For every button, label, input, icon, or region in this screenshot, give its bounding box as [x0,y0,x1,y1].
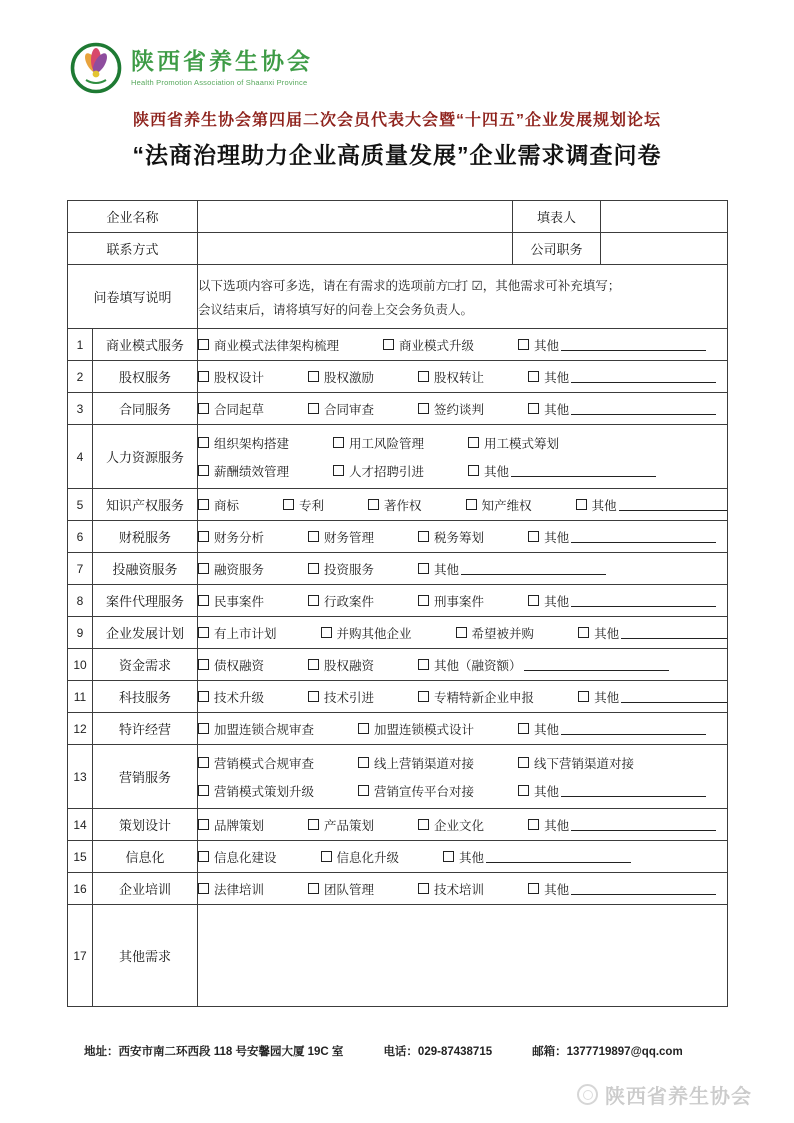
option-label: 信息化建设 [214,848,277,866]
option-label: 财务分析 [214,528,264,546]
option-label: 其他 [544,400,569,418]
option-label: 加盟连锁合规审查 [214,720,314,738]
options-cell[interactable] [198,905,728,1007]
option-label: 专精特新企业申报 [434,688,534,706]
association-logo-icon [70,42,122,94]
category-label: 特许经营 [93,713,198,745]
option: 股权激励 [308,368,374,386]
option-label: 薪酬绩效管理 [214,462,289,480]
field-label: 联系方式 [68,233,198,265]
option-label: 其他 [484,462,509,480]
checkbox-icon[interactable] [321,627,332,638]
checkbox-icon[interactable] [308,883,319,894]
option: 并购其他企业 [321,624,412,642]
option-label: 技术培训 [434,880,484,898]
checkbox-icon[interactable] [578,627,589,638]
fill-blank[interactable] [571,594,716,607]
row-number: 13 [68,745,93,809]
option: 知产维权 [466,496,532,514]
option: 商业模式法律架构梳理 [198,336,339,354]
option-label: 其他 [544,592,569,610]
option-label: 签约谈判 [434,400,484,418]
input-cell[interactable] [601,233,728,265]
option: 财务管理 [308,528,374,546]
checkbox-icon[interactable] [283,499,294,510]
row-number: 7 [68,553,93,585]
option: 刑事案件 [418,592,484,610]
survey-row: 7投融资服务融资服务投资服务其他 [68,553,728,585]
option: 企业文化 [418,816,484,834]
info-section: 企业名称填表人联系方式公司职务 [68,201,728,265]
options-line: 品牌策划产品策划企业文化其他 [198,811,727,839]
row-number: 9 [68,617,93,649]
option-label: 商业模式升级 [399,336,474,354]
fill-blank[interactable] [561,338,706,351]
input-cell[interactable] [601,201,728,233]
options-line: 技术升级技术引进专精特新企业申报其他 [198,683,727,711]
checkbox-icon[interactable] [308,531,319,542]
checkbox-icon[interactable] [308,595,319,606]
option-label: 合同起草 [214,400,264,418]
option: 营销宣传平台对接 [358,782,474,800]
checkbox-icon[interactable] [308,371,319,382]
instructions-cell: 以下选项内容可多选，请在有需求的选项前方□打 ☑，其他需求可补充填写； 会议结束… [198,265,728,329]
option-label: 其他 [434,560,459,578]
footer-contact: 地址：西安市南二环西段 118 号安馨园大厦 19C 室 电话：029-8743… [84,1043,683,1059]
option-label: 营销模式合规审查 [214,754,314,772]
checkbox-icon[interactable] [358,723,369,734]
option: 商标 [198,496,239,514]
category-label: 策划设计 [93,809,198,841]
option: 其他 [528,368,727,386]
option: 著作权 [368,496,422,514]
option-label: 其他 [534,720,559,738]
option: 投资服务 [308,560,374,578]
checkbox-icon[interactable] [518,785,529,796]
option-label: 线上营销渠道对接 [374,754,474,772]
survey-row: 1商业模式服务商业模式法律架构梳理商业模式升级其他 [68,329,728,361]
fill-blank[interactable] [571,402,716,415]
option: 其他 [518,720,727,738]
option-label: 专利 [299,496,324,514]
option: 用工模式筹划 [468,434,559,452]
row-number: 17 [68,905,93,1007]
checkbox-icon[interactable] [198,437,209,448]
checkbox-icon[interactable] [198,723,209,734]
checkbox-icon[interactable] [418,403,429,414]
checkbox-icon[interactable] [418,659,429,670]
checkbox-icon[interactable] [383,339,394,350]
row-number: 15 [68,841,93,873]
checkbox-icon[interactable] [518,339,529,350]
options-line: 债权融资股权融资其他（融资额） [198,651,727,679]
option-label: 人才招聘引进 [349,462,424,480]
checkbox-icon[interactable] [518,723,529,734]
fill-blank[interactable] [561,722,706,735]
option: 其他 [528,816,727,834]
option: 有上市计划 [198,624,277,642]
checkbox-icon[interactable] [198,691,209,702]
checkbox-icon[interactable] [418,883,429,894]
checkbox-icon[interactable] [528,595,539,606]
options-line: 融资服务投资服务其他 [198,555,727,583]
row-number: 11 [68,681,93,713]
checkbox-icon[interactable] [198,403,209,414]
option: 专利 [283,496,324,514]
checkbox-icon[interactable] [368,499,379,510]
survey-row: 15信息化信息化建设信息化升级其他 [68,841,728,873]
checkbox-icon[interactable] [468,437,479,448]
checkbox-icon[interactable] [456,627,467,638]
checkbox-icon[interactable] [518,757,529,768]
option: 信息化建设 [198,848,277,866]
option-label: 企业文化 [434,816,484,834]
survey-row: 9企业发展计划有上市计划并购其他企业希望被并购其他 [68,617,728,649]
checkbox-icon[interactable] [578,691,589,702]
checkbox-icon[interactable] [443,851,454,862]
option: 技术培训 [418,880,484,898]
option: 其他 [528,528,727,546]
option-label: 线下营销渠道对接 [534,754,634,772]
watermark: 陕西省养生协会 [577,1080,752,1109]
option: 线下营销渠道对接 [518,754,634,772]
option: 合同起草 [198,400,264,418]
options-line: 商标专利著作权知产维权其他 [198,491,727,519]
field-label: 企业名称 [68,201,198,233]
option: 债权融资 [198,656,264,674]
checkbox-icon[interactable] [198,819,209,830]
survey-row: 16企业培训法律培训团队管理技术培训其他 [68,873,728,905]
fill-blank[interactable] [561,784,706,797]
checkbox-icon[interactable] [198,757,209,768]
options-line: 法律培训团队管理技术培训其他 [198,875,727,903]
options-cell: 融资服务投资服务其他 [198,553,728,585]
category-label: 科技服务 [93,681,198,713]
options-line: 加盟连锁合规审查加盟连锁模式设计其他 [198,715,727,743]
options-line: 商业模式法律架构梳理商业模式升级其他 [198,331,727,359]
option-label: 有上市计划 [214,624,277,642]
option: 合同审查 [308,400,374,418]
option-label: 财务管理 [324,528,374,546]
category-label: 资金需求 [93,649,198,681]
category-label: 商业模式服务 [93,329,198,361]
option: 其他 [578,624,727,642]
event-title: 陕西省养生协会第四届二次会员代表大会暨“十四五”企业发展规划论坛 [0,107,794,130]
survey-row: 13营销服务营销模式合规审查线上营销渠道对接线下营销渠道对接营销模式策划升级营销… [68,745,728,809]
option: 其他 [418,560,727,578]
option-label: 融资服务 [214,560,264,578]
fill-blank[interactable] [621,690,727,703]
checkbox-icon[interactable] [418,531,429,542]
checkbox-icon[interactable] [198,339,209,350]
survey-row: 10资金需求债权融资股权融资其他（融资额） [68,649,728,681]
input-cell[interactable] [198,233,513,265]
checkbox-icon[interactable] [198,531,209,542]
survey-row: 6财税服务财务分析财务管理税务筹划其他 [68,521,728,553]
options-cell: 营销模式合规审查线上营销渠道对接线下营销渠道对接营销模式策划升级营销宣传平台对接… [198,745,728,809]
option: 技术引进 [308,688,374,706]
checkbox-icon[interactable] [333,437,344,448]
option: 税务筹划 [418,528,484,546]
options-line: 营销模式策划升级营销宣传平台对接其他 [198,777,727,805]
category-label: 股权服务 [93,361,198,393]
options-cell: 有上市计划并购其他企业希望被并购其他 [198,617,728,649]
checkbox-icon[interactable] [468,465,479,476]
option: 股权转让 [418,368,484,386]
options-line: 组织架构搭建用工风险管理用工模式筹划 [198,429,727,457]
option-label: 法律培训 [214,880,264,898]
checkbox-icon[interactable] [358,757,369,768]
option-label: 其他（融资额） [434,656,522,674]
option: 其他 [443,848,727,866]
checkbox-icon[interactable] [198,465,209,476]
fill-blank[interactable] [571,818,716,831]
option-label: 用工风险管理 [349,434,424,452]
option-label: 股权融资 [324,656,374,674]
option: 专精特新企业申报 [418,688,534,706]
footer-phone: 电话：029-87438715 [383,1043,492,1059]
footer-address: 地址：西安市南二环西段 118 号安馨园大厦 19C 室 [84,1043,343,1059]
checkbox-icon[interactable] [321,851,332,862]
option-label: 其他 [594,688,619,706]
checkbox-icon[interactable] [418,371,429,382]
category-label: 案件代理服务 [93,585,198,617]
option-label: 技术升级 [214,688,264,706]
checkbox-icon[interactable] [528,403,539,414]
option: 法律培训 [198,880,264,898]
row-number: 4 [68,425,93,489]
checkbox-icon[interactable] [333,465,344,476]
options-cell: 信息化建设信息化升级其他 [198,841,728,873]
option: 营销模式合规审查 [198,754,314,772]
option-label: 加盟连锁模式设计 [374,720,474,738]
option: 线上营销渠道对接 [358,754,474,772]
checkbox-icon[interactable] [358,785,369,796]
fill-blank[interactable] [511,464,656,477]
options-line: 合同起草合同审查签约谈判其他 [198,395,727,423]
survey-row: 2股权服务股权设计股权激励股权转让其他 [68,361,728,393]
option: 希望被并购 [456,624,535,642]
options-cell: 技术升级技术引进专精特新企业申报其他 [198,681,728,713]
checkbox-icon[interactable] [198,659,209,670]
option-label: 其他 [534,336,559,354]
checkbox-icon[interactable] [418,691,429,702]
option-label: 品牌策划 [214,816,264,834]
checkbox-icon[interactable] [198,563,209,574]
checkbox-icon[interactable] [198,785,209,796]
option: 商业模式升级 [383,336,474,354]
checkbox-icon[interactable] [198,883,209,894]
options-line: 有上市计划并购其他企业希望被并购其他 [198,619,727,647]
watermark-text: 陕西省养生协会 [605,1080,752,1109]
checkbox-icon[interactable] [308,403,319,414]
options-line: 财务分析财务管理税务筹划其他 [198,523,727,551]
option-label: 刑事案件 [434,592,484,610]
options-line: 股权设计股权激励股权转让其他 [198,363,727,391]
row-number: 6 [68,521,93,553]
option-label: 合同审查 [324,400,374,418]
option-label: 其他 [459,848,484,866]
row-number: 12 [68,713,93,745]
fill-blank[interactable] [461,562,606,575]
fill-blank[interactable] [571,882,716,895]
checkbox-icon[interactable] [308,563,319,574]
survey-row: 11科技服务技术升级技术引进专精特新企业申报其他 [68,681,728,713]
input-cell[interactable] [198,201,513,233]
option-label: 行政案件 [324,592,374,610]
row-number: 16 [68,873,93,905]
option: 用工风险管理 [333,434,424,452]
option-label: 产品策划 [324,816,374,834]
checkbox-icon[interactable] [308,659,319,670]
options-cell: 股权设计股权激励股权转让其他 [198,361,728,393]
fill-blank[interactable] [571,530,716,543]
option-label: 团队管理 [324,880,374,898]
option: 营销模式策划升级 [198,782,314,800]
category-label: 投融资服务 [93,553,198,585]
fill-blank[interactable] [486,850,631,863]
options-cell: 民事案件行政案件刑事案件其他 [198,585,728,617]
footer-email: 邮箱：1377719897@qq.com [532,1043,683,1059]
option-label: 民事案件 [214,592,264,610]
checkbox-icon[interactable] [198,627,209,638]
option-label: 其他 [544,528,569,546]
options-cell: 品牌策划产品策划企业文化其他 [198,809,728,841]
option: 品牌策划 [198,816,264,834]
info-row: 企业名称填表人 [68,201,728,233]
category-label: 营销服务 [93,745,198,809]
option: 薪酬绩效管理 [198,462,289,480]
option: 股权融资 [308,656,374,674]
checkbox-icon[interactable] [308,819,319,830]
checkbox-icon[interactable] [198,595,209,606]
option-label: 税务筹划 [434,528,484,546]
checkbox-icon[interactable] [198,371,209,382]
watermark-logo-icon [577,1084,598,1105]
option: 团队管理 [308,880,374,898]
survey-row: 17其他需求 [68,905,728,1007]
checkbox-icon[interactable] [418,595,429,606]
checkbox-icon[interactable] [528,883,539,894]
option: 加盟连锁模式设计 [358,720,474,738]
option: 其他 [468,462,727,480]
category-label: 财税服务 [93,521,198,553]
fill-blank[interactable] [524,658,669,671]
option-label: 希望被并购 [472,624,535,642]
option: 其他 [528,400,727,418]
options-cell: 债权融资股权融资其他（融资额） [198,649,728,681]
option: 股权设计 [198,368,264,386]
row-number: 14 [68,809,93,841]
questionnaire-page: 陕西省养生协会 Health Promotion Association of … [0,0,794,1123]
checkbox-icon[interactable] [576,499,587,510]
options-line: 营销模式合规审查线上营销渠道对接线下营销渠道对接 [198,749,727,777]
checkbox-icon[interactable] [466,499,477,510]
survey-row: 8案件代理服务民事案件行政案件刑事案件其他 [68,585,728,617]
option-label: 著作权 [384,496,422,514]
options-line: 信息化建设信息化升级其他 [198,843,727,871]
option-label: 股权设计 [214,368,264,386]
option-label: 商标 [214,496,239,514]
option: 民事案件 [198,592,264,610]
instructions-line-1: 以下选项内容可多选，请在有需求的选项前方□打 ☑，其他需求可补充填写； [198,276,727,294]
option: 其他 [578,688,727,706]
option-label: 商业模式法律架构梳理 [214,336,339,354]
checkbox-icon[interactable] [418,819,429,830]
field-label: 填表人 [513,201,601,233]
options-cell: 合同起草合同审查签约谈判其他 [198,393,728,425]
fill-blank[interactable] [621,626,727,639]
option: 融资服务 [198,560,264,578]
option-label: 知产维权 [482,496,532,514]
fill-blank[interactable] [619,498,727,511]
org-name: 陕西省养生协会 [131,49,313,74]
row-number: 3 [68,393,93,425]
instructions-label: 问卷填写说明 [68,265,198,329]
survey-row: 4人力资源服务组织架构搭建用工风险管理用工模式筹划薪酬绩效管理人才招聘引进其他 [68,425,728,489]
option-label: 其他 [544,368,569,386]
questionnaire-title: “法商治理助力企业高质量发展”企业需求调查问卷 [0,137,794,170]
instructions-row: 问卷填写说明 以下选项内容可多选，请在有需求的选项前方□打 ☑，其他需求可补充填… [68,265,728,329]
option-label: 营销宣传平台对接 [374,782,474,800]
field-label: 公司职务 [513,233,601,265]
option-label: 并购其他企业 [337,624,412,642]
option-label: 股权转让 [434,368,484,386]
org-logo: 陕西省养生协会 Health Promotion Association of … [70,42,313,94]
option-label: 营销模式策划升级 [214,782,314,800]
option: 其他 [518,782,727,800]
option: 财务分析 [198,528,264,546]
option: 其他 [576,496,727,514]
category-label: 人力资源服务 [93,425,198,489]
checkbox-icon[interactable] [528,371,539,382]
option: 人才招聘引进 [333,462,424,480]
options-cell: 财务分析财务管理税务筹划其他 [198,521,728,553]
option: 其他 [528,592,727,610]
category-label: 企业培训 [93,873,198,905]
option-label: 用工模式筹划 [484,434,559,452]
checkbox-icon[interactable] [418,563,429,574]
option: 加盟连锁合规审查 [198,720,314,738]
category-label: 合同服务 [93,393,198,425]
option: 信息化升级 [321,848,400,866]
options-cell: 商业模式法律架构梳理商业模式升级其他 [198,329,728,361]
option-label: 技术引进 [324,688,374,706]
checkbox-icon[interactable] [528,819,539,830]
option: 组织架构搭建 [198,434,289,452]
row-number: 5 [68,489,93,521]
checkbox-icon[interactable] [198,851,209,862]
option-label: 债权融资 [214,656,264,674]
checkbox-icon[interactable] [198,499,209,510]
survey-row: 3合同服务合同起草合同审查签约谈判其他 [68,393,728,425]
instructions-line-2: 会议结束后，请将填写好的问卷上交会务负责人。 [198,300,727,318]
survey-row: 5知识产权服务商标专利著作权知产维权其他 [68,489,728,521]
fill-blank[interactable] [571,370,716,383]
survey-section: 1商业模式服务商业模式法律架构梳理商业模式升级其他2股权服务股权设计股权激励股权… [68,329,728,1007]
option: 其他 [528,880,727,898]
checkbox-icon[interactable] [528,531,539,542]
org-name-en: Health Promotion Association of Shaanxi … [131,78,313,87]
option-label: 股权激励 [324,368,374,386]
option-label: 其他 [592,496,617,514]
category-label: 信息化 [93,841,198,873]
option-label: 信息化升级 [337,848,400,866]
options-line: 民事案件行政案件刑事案件其他 [198,587,727,615]
options-cell: 法律培训团队管理技术培训其他 [198,873,728,905]
checkbox-icon[interactable] [308,691,319,702]
category-label: 其他需求 [93,905,198,1007]
